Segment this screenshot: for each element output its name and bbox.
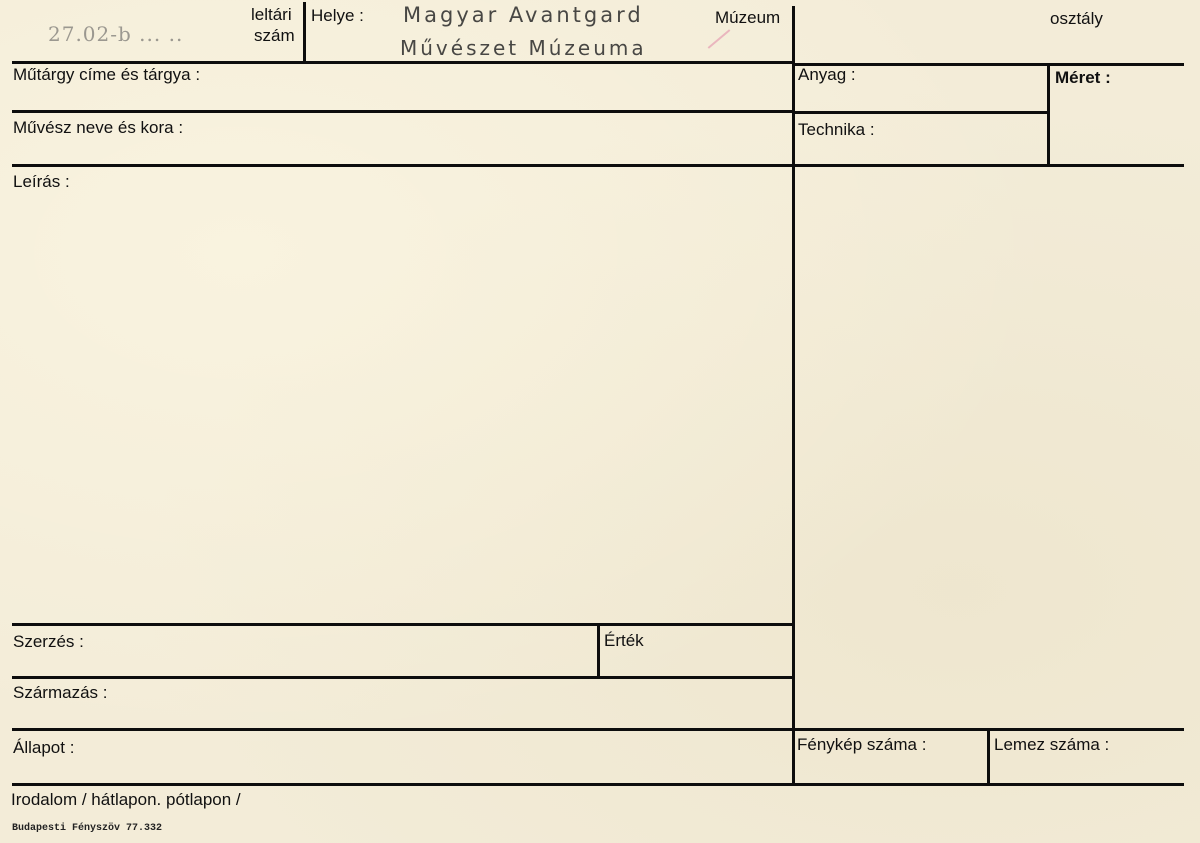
divider-lemez xyxy=(987,728,990,786)
printer-imprint: Budapesti Fényszöv 77.332 xyxy=(12,823,162,834)
field-fenykep-label: Fénykép száma : xyxy=(797,735,926,755)
field-leiras-label: Leírás : xyxy=(13,172,70,192)
line-allapot-bottom xyxy=(12,783,1184,786)
museum-stamp-line1: Magyar Avantgard xyxy=(403,3,644,27)
field-muvesz-label: Művész neve és kora : xyxy=(13,118,183,138)
field-anyag-label: Anyag : xyxy=(798,65,856,85)
pink-pencil-mark xyxy=(708,29,731,49)
handwritten-inventory-note: 27.02-b ... .. xyxy=(48,22,183,46)
field-ertek-label: Érték xyxy=(604,631,644,651)
line-muvesz-bottom xyxy=(12,164,794,167)
divider-leltari xyxy=(303,2,306,62)
field-meret-label: Méret : xyxy=(1055,68,1111,88)
line-header-left xyxy=(12,61,794,64)
field-allapot-label: Állapot : xyxy=(13,738,74,758)
field-lemez-label: Lemez száma : xyxy=(994,735,1109,755)
line-mutargy-bottom xyxy=(12,110,794,113)
line-szerzes-bottom xyxy=(12,676,794,679)
line-anyag-bottom xyxy=(792,111,1049,114)
field-technika-label: Technika : xyxy=(798,120,875,140)
leltari-label-line2: szám xyxy=(254,26,295,46)
main-vertical-divider xyxy=(792,6,795,786)
field-irodalom-label: Irodalom / hátlapon. pótlapon / xyxy=(11,790,241,810)
field-szerzes-label: Szerzés : xyxy=(13,632,84,652)
divider-meret xyxy=(1047,63,1050,167)
muzeum-label: Múzeum xyxy=(715,8,780,28)
divider-ertek xyxy=(597,623,600,679)
leltari-label-line1: leltári xyxy=(251,5,292,25)
field-szarmazas-label: Származás : xyxy=(13,683,107,703)
osztaly-label: osztály xyxy=(1050,9,1103,29)
helye-label: Helye : xyxy=(311,6,364,26)
museum-stamp-line2: Művészet Múzeuma xyxy=(400,36,647,60)
line-szarmazas-bottom xyxy=(12,728,1184,731)
line-leiras-bottom xyxy=(12,623,794,626)
line-technika-bottom xyxy=(792,164,1184,167)
field-mutargy-label: Műtárgy címe és tárgya : xyxy=(13,65,200,85)
